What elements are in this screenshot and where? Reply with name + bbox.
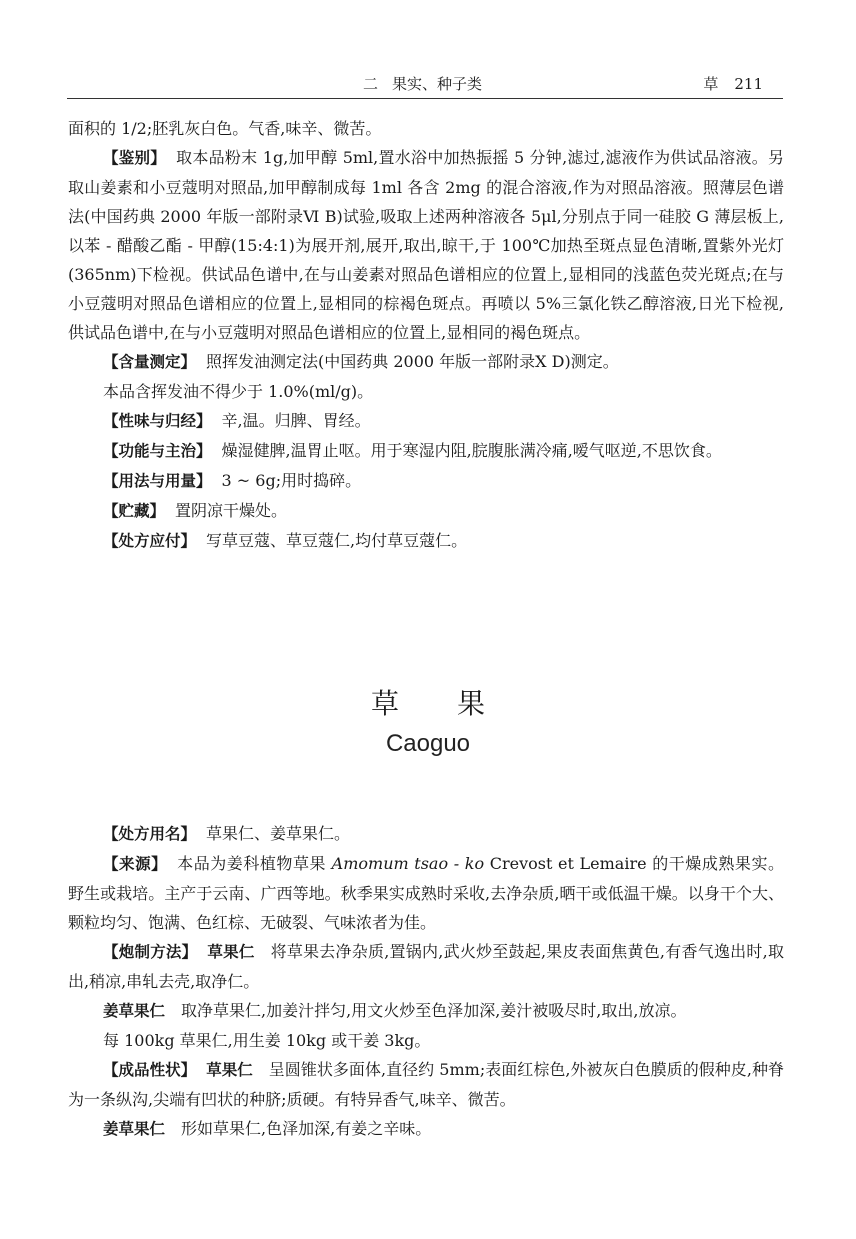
nature-paragraph: 【性味与归经】辛,温。归脾、胃经。 (68, 406, 784, 436)
source-text-before: 本品为姜科植物草果 (177, 854, 331, 873)
header-rule (67, 98, 783, 99)
section-number: 二 (363, 75, 378, 93)
prescription-paragraph: 【处方应付】写草豆蔻、草豆蔻仁,均付草豆蔻仁。 (68, 526, 784, 556)
book-page: 二果实、种子类 草211 面积的 1/2;胚乳灰白色。气香,味辛、微苦。 【鉴别… (0, 0, 856, 1239)
running-head: 二果实、种子类 草211 (67, 72, 783, 96)
running-head-right: 草211 (703, 72, 763, 96)
product-label: 【成品性状】 (103, 1061, 196, 1079)
product-item2-label: 姜草果仁 (103, 1120, 165, 1138)
nature-label: 【性味与归经】 (103, 412, 212, 430)
processing-item2-text: 取净草果仁,加姜汁拌匀,用文火炒至色泽加深,姜汁被吸尽时,取出,放凉。 (181, 1001, 686, 1020)
function-label: 【功能与主治】 (103, 442, 212, 460)
identification-paragraph: 【鉴别】取本品粉末 1g,加甲醇 5ml,置水浴中加热振摇 5 分钟,滤过,滤液… (68, 143, 784, 347)
entry-title-char-1: 草 (371, 687, 399, 720)
product-item2-text: 形如草果仁,色泽加深,有姜之辛味。 (181, 1119, 431, 1138)
continuation-text: 面积的 1/2;胚乳灰白色。气香,味辛、微苦。 (68, 114, 784, 143)
storage-paragraph: 【贮藏】置阴凉干燥处。 (68, 496, 784, 526)
processing-label: 【炮制方法】 (103, 943, 197, 961)
entry-title-char-2: 果 (457, 687, 485, 720)
function-text: 燥湿健脾,温胃止呕。用于寒湿内阻,脘腹胀满冷痛,嗳气呕逆,不思饮食。 (222, 441, 722, 460)
dosage-label: 【用法与用量】 (103, 472, 212, 490)
storage-text: 置阴凉干燥处。 (175, 501, 287, 520)
page-number: 211 (734, 75, 763, 93)
storage-label: 【贮藏】 (103, 502, 165, 520)
function-paragraph: 【功能与主治】燥湿健脾,温胃止呕。用于寒湿内阻,脘腹胀满冷痛,嗳气呕逆,不思饮食… (68, 436, 784, 466)
dosage-paragraph: 【用法与用量】3 ~ 6g;用时捣碎。 (68, 466, 784, 496)
chapter-char: 草 (703, 75, 718, 93)
prescription-label: 【处方应付】 (103, 532, 196, 550)
source-label: 【来源】 (103, 855, 167, 873)
product-item1-label: 草果仁 (206, 1061, 253, 1079)
source-latin-name: Amomum tsao - ko (332, 854, 484, 873)
assay-label: 【含量测定】 (103, 353, 196, 371)
processing-paragraph: 【炮制方法】草果仁将草果去净杂质,置锅内,武火炒至鼓起,果皮表面焦黄色,有香气逸… (68, 937, 784, 996)
entry-body: 【处方用名】草果仁、姜草果仁。 【来源】本品为姜科植物草果 Amomum tsa… (68, 819, 784, 1144)
product-item2-paragraph: 姜草果仁形如草果仁,色泽加深,有姜之辛味。 (68, 1114, 784, 1144)
nature-text: 辛,温。归脾、胃经。 (222, 411, 371, 430)
entry-title-pinyin: Caoguo (0, 728, 856, 760)
previous-entry-continuation: 面积的 1/2;胚乳灰白色。气香,味辛、微苦。 【鉴别】取本品粉末 1g,加甲醇… (68, 114, 784, 556)
running-head-section: 二果实、种子类 (363, 72, 482, 96)
names-label: 【处方用名】 (103, 825, 196, 843)
names-paragraph: 【处方用名】草果仁、姜草果仁。 (68, 819, 784, 849)
assay-limit: 本品含挥发油不得少于 1.0%(ml/g)。 (68, 377, 784, 406)
assay-text: 照挥发油测定法(中国药典 2000 年版一部附录Ⅹ D)测定。 (206, 352, 619, 371)
processing-ratio: 每 100kg 草果仁,用生姜 10kg 或干姜 3kg。 (68, 1026, 784, 1055)
identification-text: 取本品粉末 1g,加甲醇 5ml,置水浴中加热振摇 5 分钟,滤过,滤液作为供试… (68, 148, 784, 342)
names-text: 草果仁、姜草果仁。 (206, 824, 350, 843)
identification-label: 【鉴别】 (103, 149, 166, 167)
prescription-text: 写草豆蔻、草豆蔻仁,均付草豆蔻仁。 (206, 531, 467, 550)
processing-item2-paragraph: 姜草果仁取净草果仁,加姜汁拌匀,用文火炒至色泽加深,姜汁被吸尽时,取出,放凉。 (68, 996, 784, 1026)
processing-item1-label: 草果仁 (207, 943, 254, 961)
processing-item2-label: 姜草果仁 (103, 1002, 165, 1020)
source-paragraph: 【来源】本品为姜科植物草果 Amomum tsao - ko Crevost e… (68, 849, 784, 937)
assay-paragraph: 【含量测定】照挥发油测定法(中国药典 2000 年版一部附录Ⅹ D)测定。 (68, 347, 784, 377)
entry-title: 草果 (0, 684, 856, 724)
dosage-text: 3 ~ 6g;用时捣碎。 (222, 471, 362, 490)
section-title: 果实、种子类 (392, 75, 482, 93)
product-paragraph: 【成品性状】草果仁呈圆锥状多面体,直径约 5mm;表面红棕色,外被灰白色膜质的假… (68, 1055, 784, 1114)
